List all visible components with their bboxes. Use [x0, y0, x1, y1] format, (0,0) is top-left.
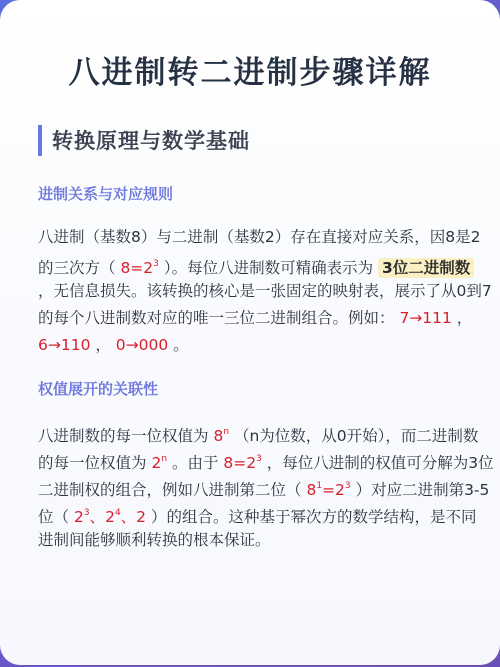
- emphasis-text: 0→000: [116, 336, 168, 354]
- section-header: 转换原理与数学基础: [38, 124, 250, 156]
- section-title: 转换原理与数学基础: [52, 125, 250, 155]
- subsection-heading-2: 权值展开的关联性: [38, 378, 158, 399]
- body-text: ，: [452, 309, 472, 327]
- emphasis-text: 7→111: [399, 309, 451, 327]
- subsection-heading-1: 进制关系与对应规则: [38, 183, 173, 204]
- body-text: ）的组合。这种基于幂次方的数学结构，是不同: [146, 508, 476, 526]
- body-text: （n为位数，从0开始），而二进制数: [229, 427, 478, 445]
- text-line: 二进制权的组合，例如八进制第二位（ 81=23 ）对应二进制第3-5: [38, 473, 466, 500]
- text-line: 进制间能够顺利转换的根本保证。: [38, 527, 466, 554]
- body-text: ）。每位八进制数可精确表示为: [159, 259, 378, 277]
- text-line: 位（ 23、24、2 ）的组合。这种基于幂次方的数学结构，是不同: [38, 500, 466, 527]
- emphasis-text: =23: [322, 481, 351, 499]
- emphasis-text: 8n: [213, 427, 229, 445]
- emphasis-text: 、: [90, 508, 106, 526]
- body-text: 位（: [38, 508, 74, 526]
- section-accent-bar: [38, 125, 42, 156]
- emphasis-text: 8=23: [223, 454, 261, 472]
- body-text: 进制间能够顺利转换的根本保证。: [38, 531, 271, 549]
- paragraph-1: 八进制（基数8）与二进制（基数2）存在直接对应关系，因8是2的三次方（ 8=23…: [38, 224, 466, 359]
- emphasis-text: 2n: [151, 454, 167, 472]
- emphasis-text: 6→110: [38, 336, 90, 354]
- emphasis-text: 81: [306, 481, 322, 499]
- content-card: 八进制转二进制步骤详解 转换原理与数学基础 进制关系与对应规则 八进制（基数8）…: [0, 0, 500, 665]
- text-line: 的每一位权值为 2n 。由于 8=23 ，每位八进制的权值可分解为3位: [38, 446, 466, 473]
- text-line: ，无信息损失。该转换的核心是一张固定的映射表，展示了从0到7: [38, 278, 466, 305]
- body-text: ）对应二进制第3-5: [351, 481, 490, 499]
- emphasis-text: 24: [105, 508, 121, 526]
- emphasis-text: 、2: [121, 508, 146, 526]
- body-text: 二进制权的组合，例如八进制第二位（: [38, 481, 306, 499]
- page-title: 八进制转二进制步骤详解: [0, 47, 500, 92]
- body-text: 八进制（基数8）与二进制（基数2）存在直接对应关系，因8是2: [38, 228, 480, 246]
- body-text: ，每位八进制的权值可分解为3位: [262, 454, 494, 472]
- body-text: 。由于: [167, 454, 223, 472]
- body-text: ，: [90, 336, 115, 354]
- body-text: 的每个八进制数对应的唯一三位二进制组合。例如：: [38, 309, 399, 327]
- highlight-text: 3位二进制数: [378, 258, 474, 278]
- body-text: 八进制数的每一位权值为: [38, 427, 213, 445]
- body-text: 的三次方（: [38, 259, 120, 277]
- body-text: 的每一位权值为: [38, 454, 151, 472]
- text-line: 八进制数的每一位权值为 8n （n为位数，从0开始），而二进制数: [38, 419, 466, 446]
- body-text: ，无信息损失。该转换的核心是一张固定的映射表，展示了从0到7: [38, 282, 492, 300]
- text-line: 八进制（基数8）与二进制（基数2）存在直接对应关系，因8是2: [38, 224, 466, 251]
- text-line: 的三次方（ 8=23 ）。每位八进制数可精确表示为 3位二进制数: [38, 251, 466, 278]
- text-line: 6→110 ， 0→000 。: [38, 332, 466, 359]
- emphasis-text: 23: [74, 508, 90, 526]
- body-text: 。: [168, 336, 188, 354]
- paragraph-2: 八进制数的每一位权值为 8n （n为位数，从0开始），而二进制数的每一位权值为 …: [38, 419, 466, 554]
- text-line: 的每个八进制数对应的唯一三位二进制组合。例如： 7→111 ，: [38, 305, 466, 332]
- emphasis-text: 8=23: [120, 259, 158, 277]
